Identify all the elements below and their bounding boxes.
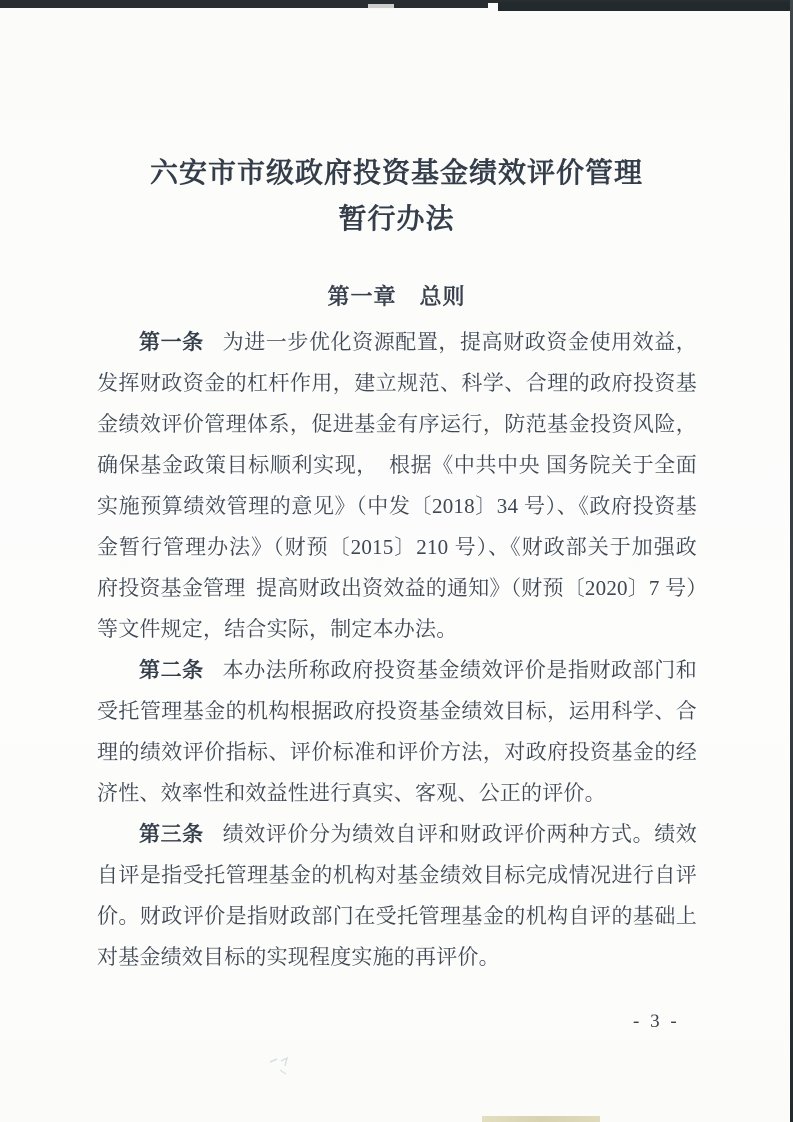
scan-bottom-smudge	[482, 1116, 600, 1122]
article-paragraph-3: 第三条绩效评价分为绩效自评和财政评价两种方式。绩效自评是指受托管理基金的机构对基…	[97, 814, 697, 978]
article-paragraph-1: 第一条为进一步优化资源配置，提高财政资金使用效益，发挥财政资金的杠杆作用，建立规…	[97, 322, 697, 650]
article-paragraph-2: 第二条本办法所称政府投资基金绩效评价是指财政部门和受托管理基金的机构根据政府投资…	[97, 650, 697, 814]
scan-band-right-segment	[498, 2, 793, 11]
document-title-line2: 暂行办法	[338, 203, 454, 234]
scan-band-notch	[368, 4, 394, 9]
page-number: - 3 -	[633, 1011, 680, 1033]
pencil-mark-artifact	[268, 1054, 298, 1078]
document-title: 六安市市级政府投资基金绩效评价管理 暂行办法	[0, 150, 793, 242]
article-2-label: 第二条	[139, 658, 204, 682]
article-3-label: 第三条	[139, 822, 204, 846]
document-title-line1: 六安市市级政府投资基金绩效评价管理	[150, 157, 643, 188]
scan-edge-top-band	[0, 0, 793, 8]
document-body: 第一条为进一步优化资源配置，提高财政资金使用效益，发挥财政资金的杠杆作用，建立规…	[97, 322, 697, 978]
article-1-label: 第一条	[139, 330, 204, 354]
article-1-text: 为进一步优化资源配置，提高财政资金使用效益，发挥财政资金的杠杆作用，建立规范、科…	[97, 330, 697, 641]
scanned-document-page: 六安市市级政府投资基金绩效评价管理 暂行办法 第一章 总则 第一条为进一步优化资…	[0, 0, 793, 1122]
chapter-heading: 第一章 总则	[0, 282, 793, 312]
